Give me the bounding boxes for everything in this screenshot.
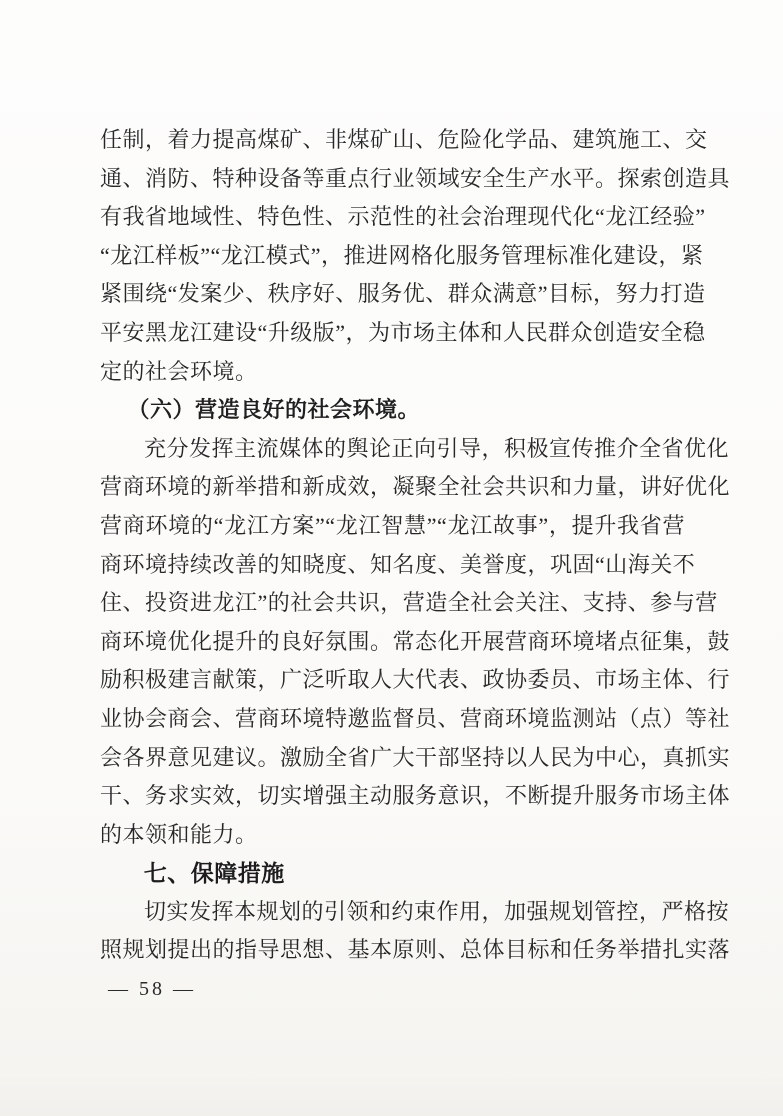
text-line: 干、务求实效，切实增强主动服务意识，不断提升服务市场主体 (100, 777, 685, 816)
text-line: 营商环境的“龙江方案”“龙江智慧”“龙江故事”，提升我省营 (100, 507, 685, 546)
text-line: 住、投资进龙江”的社会共识，营造全社会关注、支持、参与营 (100, 584, 685, 623)
page-number: — 58 — (108, 970, 685, 1009)
text-line: 商环境优化提升的良好氛围。常态化开展营商环境堵点征集，鼓 (100, 623, 685, 662)
text-line: 励积极建言献策，广泛听取人大代表、政协委员、市场主体、行 (100, 661, 685, 700)
body-text: 任制，着力提高煤矿、非煤矿山、危险化学品、建筑施工、交 通、消防、特种设备等重点… (100, 121, 685, 1009)
section-heading-7: 七、保障措施 (100, 854, 685, 893)
text-line: 通、消防、特种设备等重点行业领域安全生产水平。探索创造具 (100, 160, 685, 199)
text-line: 切实发挥本规划的引领和约束作用，加强规划管控，严格按 (100, 893, 685, 932)
text-line: “龙江样板”“龙江模式”，推进网格化服务管理标准化建设，紧 (100, 237, 685, 276)
text-line: 会各界意见建议。激励全省广大干部坚持以人民为中心，真抓实 (100, 739, 685, 778)
text-line: 任制，着力提高煤矿、非煤矿山、危险化学品、建筑施工、交 (100, 121, 685, 160)
text-line: 紧围绕“发案少、秩序好、服务优、群众满意”目标，努力打造 (100, 275, 685, 314)
text-line: 营商环境的新举措和新成效，凝聚全社会共识和力量，讲好优化 (100, 468, 685, 507)
text-line: 的本领和能力。 (100, 816, 685, 855)
document-page: 任制，着力提高煤矿、非煤矿山、危险化学品、建筑施工、交 通、消防、特种设备等重点… (0, 0, 783, 1116)
text-line: 充分发挥主流媒体的舆论正向引导，积极宣传推介全省优化 (100, 430, 685, 469)
text-line: 业协会商会、营商环境特邀监督员、营商环境监测站（点）等社 (100, 700, 685, 739)
paragraph-continued: 任制，着力提高煤矿、非煤矿山、危险化学品、建筑施工、交 通、消防、特种设备等重点… (100, 121, 685, 391)
text-line: 商环境持续改善的知晓度、知名度、美誉度，巩固“山海关不 (100, 546, 685, 585)
paragraph-social-environment: 充分发挥主流媒体的舆论正向引导，积极宣传推介全省优化 营商环境的新举措和新成效，… (100, 430, 685, 855)
text-line: 平安黑龙江建设“升级版”，为市场主体和人民群众创造安全稳 (100, 314, 685, 353)
paragraph-safeguard-measures: 切实发挥本规划的引领和约束作用，加强规划管控，严格按 照规划提出的指导思想、基本… (100, 893, 685, 970)
text-line: 照规划提出的指导思想、基本原则、总体目标和任务举措扎实落 (100, 931, 685, 970)
text-line: 有我省地域性、特色性、示范性的社会治理现代化“龙江经验” (100, 198, 685, 237)
text-line: 定的社会环境。 (100, 353, 685, 392)
section-heading-6: （六）营造良好的社会环境。 (100, 391, 685, 430)
